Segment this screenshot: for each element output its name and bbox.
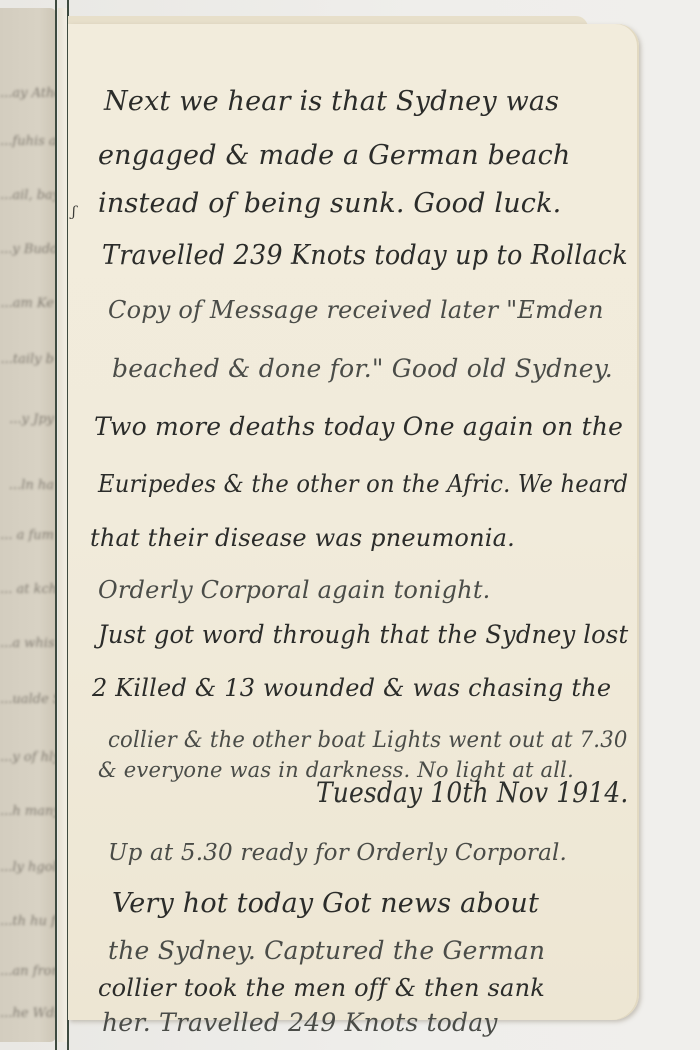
facing-page-line: ...th hu fu [0, 914, 56, 928]
facing-page-line: ... a fum [0, 528, 56, 542]
diary-page: ʃ Next we hear is that Sydney was engage… [68, 24, 639, 1020]
facing-page-line: ...am Ke [0, 296, 56, 310]
facing-page-line: ...y Buddy wh [0, 242, 56, 256]
diary-line: Euripedes & the other on the Afric. We h… [98, 470, 628, 498]
facing-page-line: ...y of hly [0, 750, 56, 764]
diary-line: engaged & made a German beach [98, 140, 571, 171]
diary-line: Next we hear is that Sydney was [104, 86, 559, 117]
facing-page-line: ...an from Sta [0, 964, 56, 978]
diary-line: Two more deaths today One again on the [94, 412, 623, 441]
facing-page-line: ...ay Athoy [0, 86, 56, 100]
facing-page-line: ...a whis [0, 636, 56, 650]
diary-line: instead of being sunk. Good luck. [98, 188, 561, 219]
diary-line: beached & done for." Good old Sydney. [112, 354, 613, 383]
diary-line: Travelled 239 Knots today up to Rollack [102, 240, 628, 271]
diary-line: collier took the men off & then sank [98, 974, 545, 1002]
diary-line: Just got word through that the Sydney lo… [98, 620, 628, 649]
facing-page-line: ...he Wds [0, 1006, 56, 1020]
diary-entry: Next we hear is that Sydney was engaged … [68, 24, 639, 1020]
facing-page-line: ...h many [0, 804, 56, 818]
diary-line: Very hot today Got news about [112, 888, 539, 919]
diary-date-heading: Tuesday 10th Nov 1914. [316, 776, 628, 809]
diary-line: Up at 5.30 ready for Orderly Corporal. [108, 840, 567, 866]
facing-page-line: ...ail, bay [0, 188, 56, 202]
spine-gutter [58, 8, 67, 1042]
facing-page-line: ...ly hgol [0, 860, 56, 874]
facing-page-line: ...taily b [0, 352, 56, 366]
facing-page-line: ...ln ha [0, 478, 56, 492]
diary-line: the Sydney. Captured the German [108, 936, 545, 965]
binding-edge-left [55, 0, 57, 1050]
diary-line: 2 Killed & 13 wounded & was chasing the [92, 674, 611, 702]
diary-line: that their disease was pneumonia. [90, 524, 515, 552]
facing-page-line: ...fuhis aw [0, 134, 56, 148]
diary-line: Orderly Corporal again tonight. [98, 576, 491, 604]
facing-page: ...ay Athoy ...fuhis aw ...ail, bay ...y… [0, 8, 56, 1042]
diary-line: Copy of Message received later "Emden [108, 296, 604, 324]
diary-line: collier & the other boat Lights went out… [108, 728, 628, 753]
diary-line: her. Travelled 249 Knots today [102, 1008, 498, 1037]
facing-page-line: ... at kch [0, 582, 56, 596]
facing-page-line: ...ualde Sh [0, 692, 56, 706]
facing-page-line: ...y Jpy [0, 412, 56, 426]
